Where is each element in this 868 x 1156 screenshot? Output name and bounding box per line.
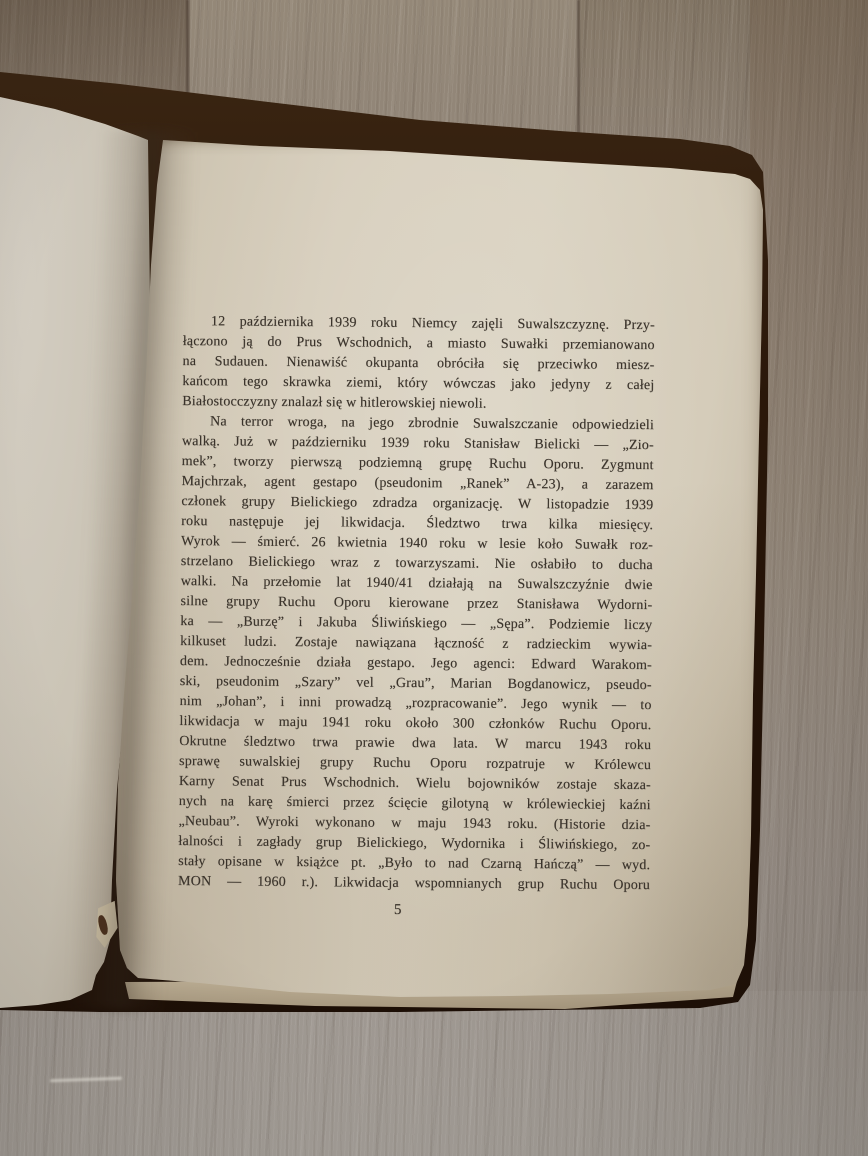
- wood-plank-bottom: [0, 991, 868, 1156]
- right-page: 12 października 1939 roku Niemcy zajęli …: [110, 135, 765, 1015]
- text-lines: 12 października 1939 roku Niemcy zajęli …: [178, 312, 655, 896]
- book-photo-scene: 12 października 1939 roku Niemcy zajęli …: [0, 0, 868, 1156]
- wood-plank-right: [750, 0, 868, 1156]
- text-line: MON — 1960 r.). Likwidacja wspomnianych …: [178, 872, 650, 896]
- page-number: 5: [162, 898, 634, 922]
- page-text: 12 października 1939 roku Niemcy zajęli …: [178, 312, 655, 922]
